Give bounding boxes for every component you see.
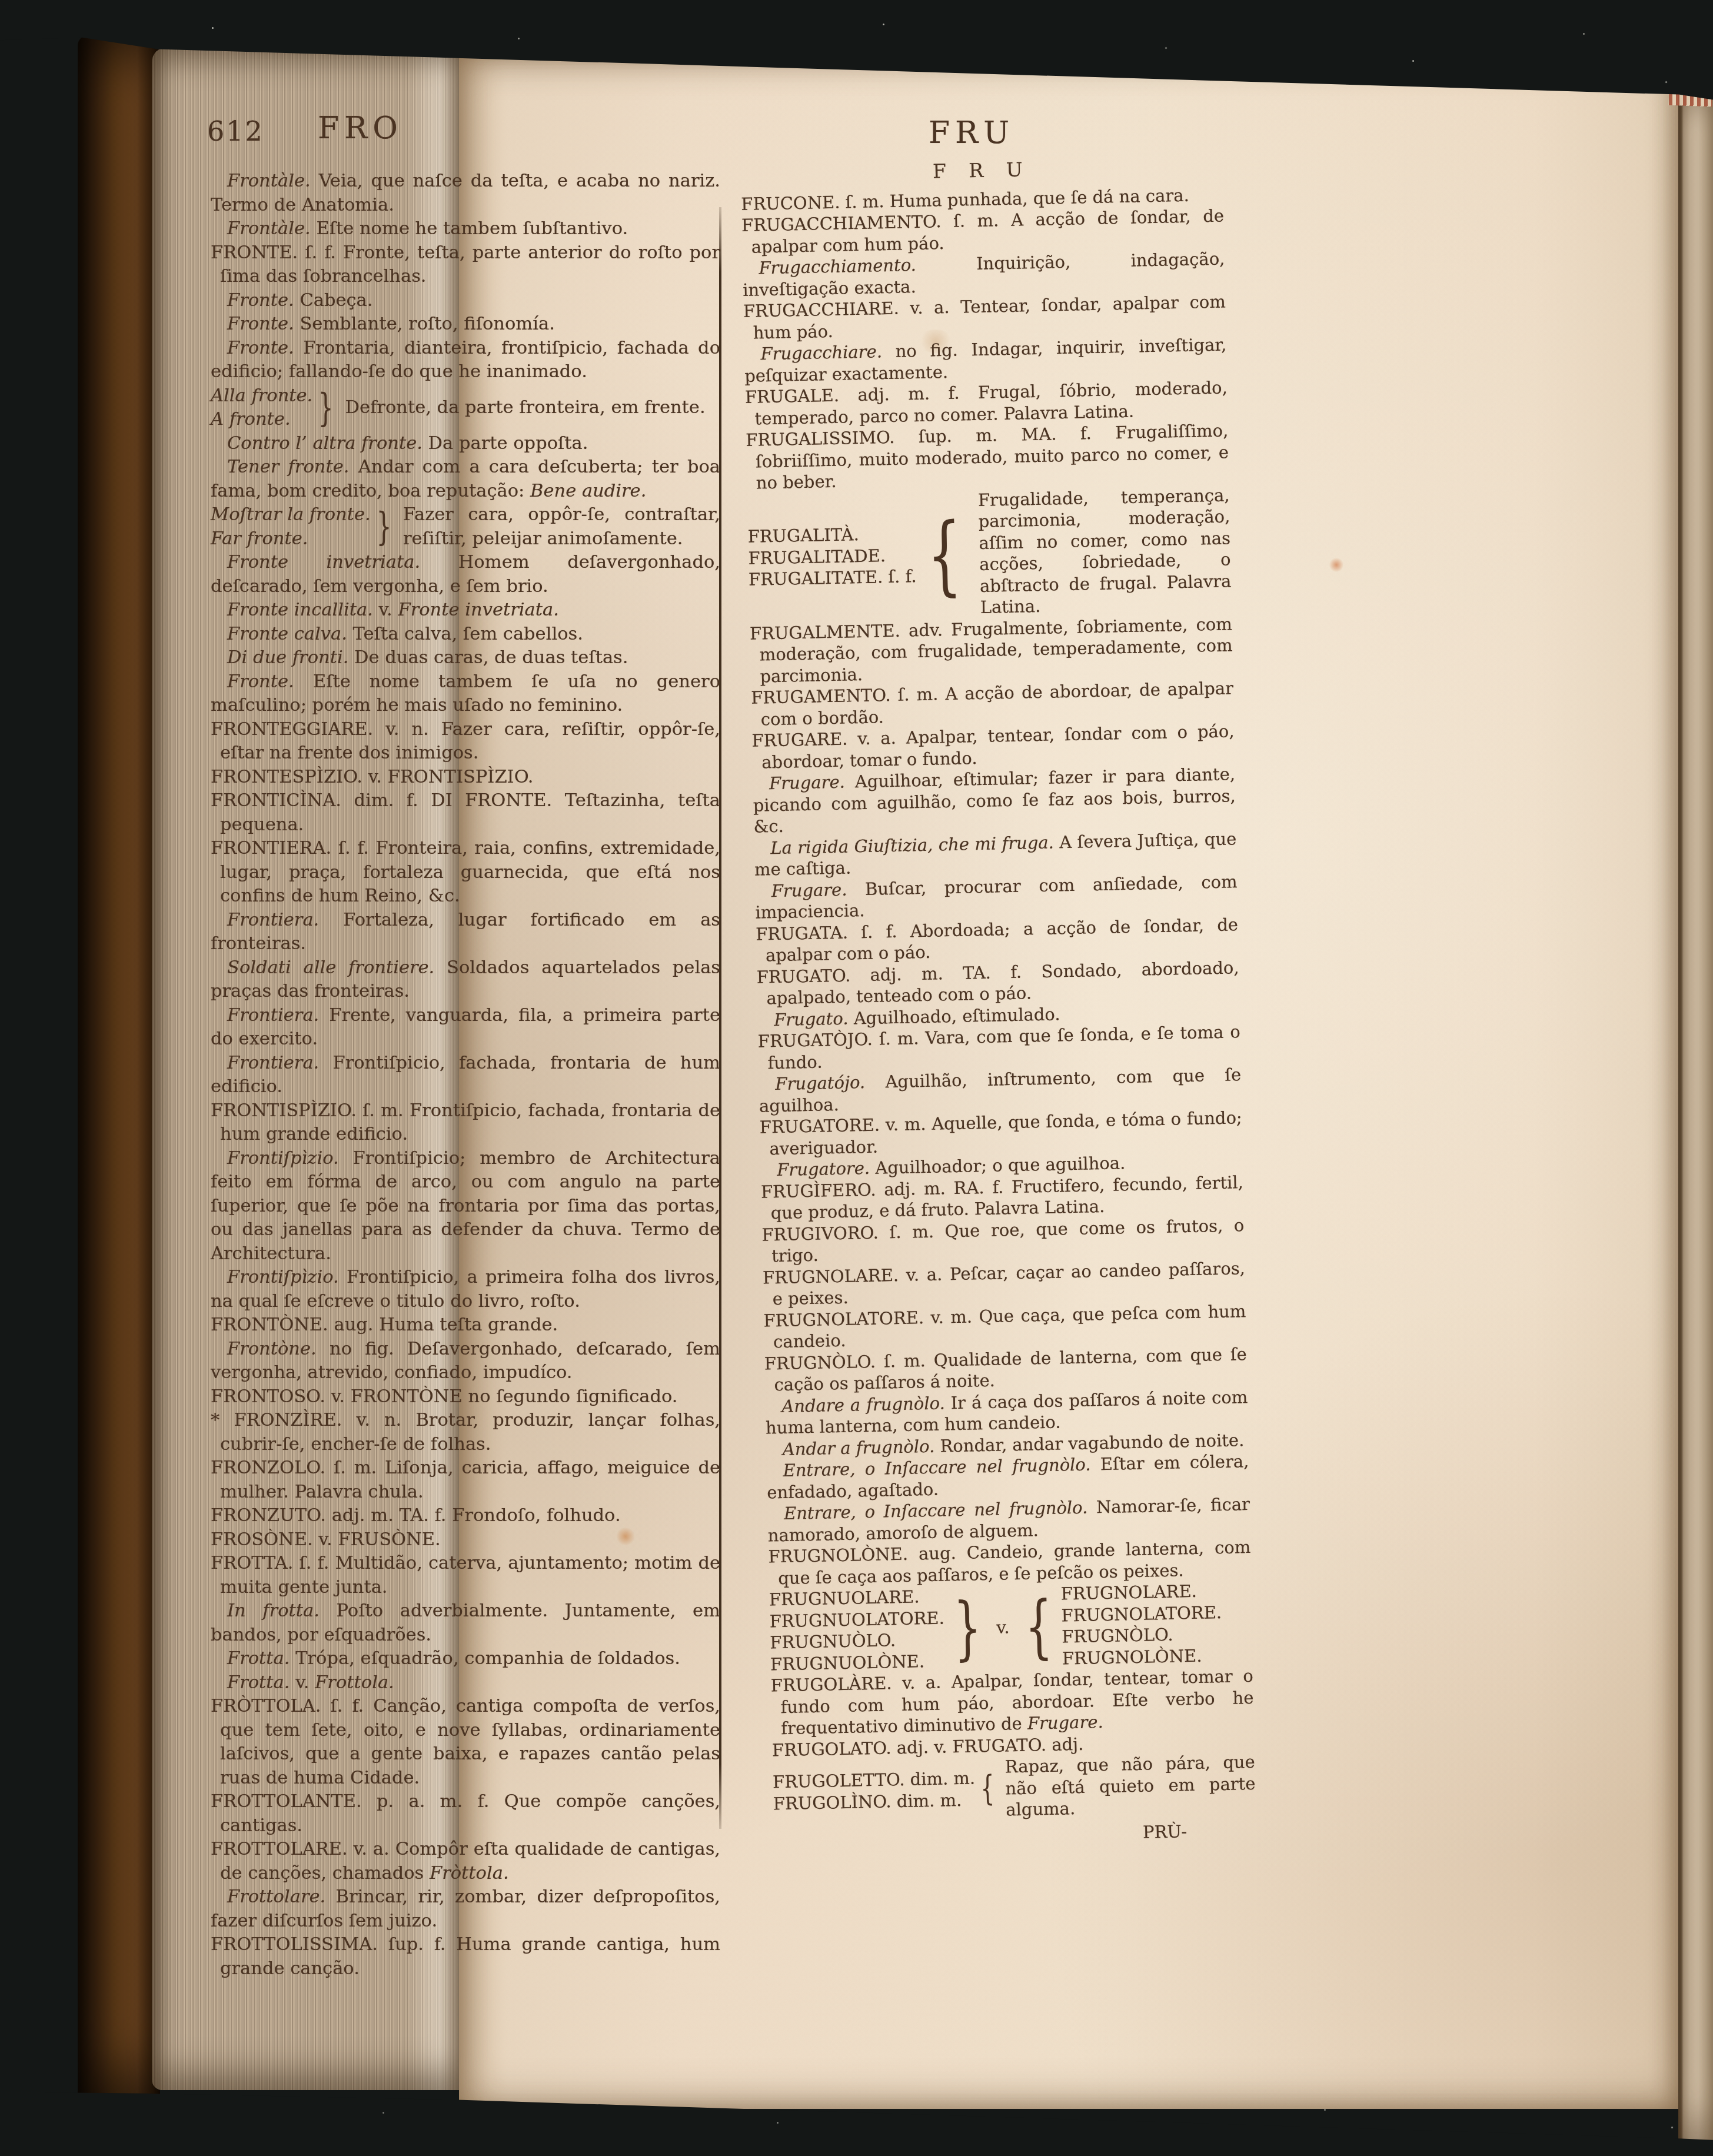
dictionary-subentry: Contro l’ altra fronte. Da parte oppoſta… (211, 432, 720, 456)
dictionary-subentry: Fronte. Frontaria, dianteira, frontiſpic… (211, 337, 720, 384)
italic-phrase: Fròttola. (430, 1863, 509, 1884)
italic-phrase: Frontàle. (227, 218, 311, 239)
dictionary-subentry: Di due fronti. De duas caras, de duas te… (211, 646, 720, 670)
italic-phrase: In frotta. (227, 1601, 320, 1621)
group-term: FRUGNOLATORE. (1061, 1602, 1222, 1626)
group-term: FRUGALITATE. ſ. f. (749, 565, 917, 590)
definition-text: FRUGALMENTE. adv. Frugalmente, ſobriamen… (750, 614, 1233, 686)
dictionary-subentry: Frontòne. no fig. Deſavergonhado, deſcar… (211, 1337, 720, 1385)
italic-phrase: Contro l’ altra fronte. (227, 433, 423, 454)
dictionary-subentry: Frontàle. Veia, que naſce da teſta, e ac… (211, 169, 720, 217)
dictionary-subentry: Frontiera. Frontiſpicio, fachada, fronta… (211, 1052, 720, 1099)
group-term: FRUGNOLÒNE. (1062, 1645, 1223, 1669)
italic-phrase: Frugatore. (777, 1158, 870, 1180)
definition-text: FRONTIERA. ſ. f. Fronteira, raia, confin… (211, 838, 720, 906)
italic-phrase: Frontiera. (227, 910, 319, 930)
dictionary-subentry: Fronte incallita. v. Fronte invetriata. (211, 598, 720, 623)
group-definition: Defronte, da parte fronteira, em frente. (345, 396, 720, 420)
book-scan: 612 FRO FRU Frontàle. Veia, que naſce da… (0, 0, 1713, 2156)
italic-phrase: Fronte incallita. (227, 600, 373, 620)
group-term: Alla fronte. (211, 384, 312, 408)
dictionary-subentry: Fronte. Semblante, roſto, fiſonomía. (211, 312, 720, 337)
definition-text: Trópa, eſquadrão, companhia de ſoldados. (290, 1648, 680, 1669)
definition-text: FROTTA. ſ. f. Multidão, caterva, ajuntam… (211, 1553, 720, 1598)
cross-reference-brace-group: FRUGNUOLARE.FRUGNUOLATORE.FRUGNUÒLO.FRUG… (769, 1579, 1253, 1675)
dictionary-entry: FRONZUTO. adj. m. TA. f. Frondoſo, folhu… (211, 1504, 720, 1528)
brace-group-terms: Moſtrar la fronte.Far fronte. (211, 503, 371, 551)
italic-phrase: Frontiſpìzio. (227, 1267, 339, 1287)
definition-text: Rapaz, que não pára, que não eſtá quieto… (1005, 1752, 1256, 1820)
dictionary-subentry: Frotta. Trópa, eſquadrão, companhia de ſ… (211, 1647, 720, 1671)
dictionary-subentry: Tener fronte. Andar com a cara deſcubert… (211, 455, 720, 503)
brace-glyph: } (318, 384, 334, 432)
italic-phrase: Fronte invetriata. (227, 552, 420, 573)
brace-group-terms: FRUGNOLARE.FRUGNOLATORE.FRUGNÒLO.FRUGNOL… (1060, 1580, 1223, 1669)
dust-specks (212, 27, 214, 29)
dictionary-entry: FRONZOLO. ſ. m. Liſonja, caricia, affago… (211, 1456, 720, 1504)
group-definition: Rapaz, que não pára, que não eſtá quieto… (1005, 1751, 1256, 1821)
definition-text: FRUGOLÀRE. v. a. Apalpar, ſondar, tentea… (771, 1666, 1254, 1738)
dictionary-entry: FRONTISPÌZIO. ſ. m. Frontiſpicio, fachad… (211, 1099, 720, 1147)
dictionary-entry: FRONTESPÌZIO. v. FRONTISPÌZIO. (211, 766, 720, 790)
dictionary-entry: FRONTÒNE. aug. Huma teſta grande. (211, 1313, 720, 1337)
dictionary-entry: FRONTIERA. ſ. f. Fronteira, raia, confin… (211, 837, 720, 909)
brace-group: Alla fronte.A fronte.}Defronte, da parte… (211, 384, 720, 432)
dictionary-entry: * FRONZÌRE. v. n. Brotar, produzir, lanç… (211, 1409, 720, 1456)
italic-phrase: Fronte. (227, 314, 294, 334)
definition-text: FROTTOLANTE. p. a. m. f. Que compõe canç… (211, 1791, 720, 1836)
brace-group: FRUGOLETTO. dim. m.FRUGOLÌNO. dim. m.{Ra… (772, 1751, 1256, 1825)
dictionary-subentry: Fronte. Eſte nome tambem ſe uſa no gener… (211, 670, 720, 718)
definition-text: Defronte, da parte fronteira, em frente. (345, 397, 706, 418)
italic-phrase: Fronte invetriata. (398, 600, 559, 620)
definition-text: FRONTEGGIARE. v. n. Fazer cara, reſiſtir… (211, 719, 720, 764)
dictionary-subentry: Frontàle. Eſte nome he tambem ſubſtantiv… (211, 217, 720, 241)
italic-phrase: Frugare. (771, 879, 847, 901)
group-definition: Frugalidade, temperança, parcimonia, mod… (978, 484, 1232, 618)
italic-phrase: Frotta. (227, 1648, 290, 1669)
definition-text: v. (290, 1672, 315, 1693)
dictionary-entry: FROTTOLANTE. p. a. m. f. Que compõe canç… (211, 1790, 720, 1838)
definition-text: Cabeça. (294, 290, 373, 311)
definition-text: FRONZOLO. ſ. m. Liſonja, caricia, affago… (211, 1458, 720, 1502)
dictionary-subentry: Fronte invetriata. Homem deſavergonhado,… (211, 551, 720, 598)
dictionary-entry: FRONTOSO. v. FRONTÒNE no ſegundo ſignifi… (211, 1385, 720, 1409)
group-term: FRUGALITÀ. (747, 523, 916, 547)
brace-group-terms: FRUGALITÀ.FRUGALITADE.FRUGALITATE. ſ. f. (747, 523, 917, 590)
italic-phrase: Tener fronte. (227, 457, 349, 477)
right-column-entries: FRUCONE. ſ. m. Huma punhada, que ſe dá n… (741, 184, 1256, 1850)
definition-text: FRONTICÌNA. dim. f. DI FRONTE. Teſtazinh… (211, 790, 720, 835)
italic-phrase: Andare a frugnòlo. (781, 1393, 945, 1416)
definition-text: FROSÒNE. v. FRUSÒNE. (211, 1529, 441, 1550)
dictionary-entry: FROSÒNE. v. FRUSÒNE. (211, 1528, 720, 1552)
definition-text: FRONTOSO. v. FRONTÒNE no ſegundo ſignifi… (211, 1386, 678, 1407)
dictionary-subentry: Fronte. Cabeça. (211, 289, 720, 313)
brace-group: Moſtrar la fronte.Far fronte.}Fazer cara… (211, 503, 720, 551)
italic-phrase: Fronte. (227, 290, 294, 311)
dictionary-subentry: Fronte calva. Teſta calva, ſem cabellos. (211, 623, 720, 647)
italic-phrase: Bene audire. (530, 481, 646, 501)
group-term: FRUGNUÒLO. (770, 1629, 945, 1653)
group-term: A fronte. (211, 408, 312, 432)
italic-phrase: Fronte calva. (227, 624, 347, 644)
group-term: FRUGALITADE. (748, 544, 916, 569)
definition-text: FRONTE. ſ. f. Fronte, teſta, parte anter… (211, 242, 720, 287)
group-term: Moſtrar la fronte. (211, 503, 371, 527)
dictionary-subentry: Frottolare. Brincar, rir, zombar, dizer … (211, 1885, 720, 1933)
dictionary-subentry: Soldati alle frontiere. Soldados aquarte… (211, 956, 720, 1004)
page-number: 612 (207, 115, 264, 147)
running-header-left: FRO (318, 111, 403, 146)
definition-text: Da parte oppoſta. (423, 433, 588, 454)
italic-phrase: Frugare. (1027, 1712, 1103, 1734)
dictionary-subentry: Frontiſpìzio. Frontiſpicio, a primeira f… (211, 1266, 720, 1313)
dictionary-entry: FRONTEGGIARE. v. n. Fazer cara, reſiſtir… (211, 718, 720, 766)
brace-group-terms: FRUGNUOLARE.FRUGNUOLATORE.FRUGNUÒLO.FRUG… (769, 1586, 946, 1675)
brace-glyph: } (953, 1585, 982, 1671)
group-term: FRUGNOLARE. (1060, 1580, 1221, 1605)
next-page-fore-edge (1678, 88, 1713, 2142)
definition-text: Aguilhoado, eſtimulado. (848, 1004, 1060, 1028)
italic-phrase: Frugare. (769, 772, 845, 794)
italic-phrase: Frugacchiare. (760, 341, 882, 364)
definition-text: * FRONZÌRE. v. n. Brotar, produzir, lanç… (211, 1410, 720, 1455)
definition-text: FRÒTTOLA. ſ. f. Canção, cantiga compoſta… (211, 1696, 720, 1788)
group-term: FRUGOLÌNO. dim. m. (773, 1789, 976, 1814)
definition-text: FRONTÒNE. aug. Huma teſta grande. (211, 1315, 558, 1335)
group-term: FRUGNUOLARE. (769, 1586, 944, 1611)
book-spine-leather (78, 35, 160, 2107)
dictionary-entry: FRUGALISSIMO. ſup. m. MA. f. Frugaliſſim… (746, 420, 1229, 494)
left-column: Frontàle. Veia, que naſce da teſta, e ac… (211, 169, 720, 1981)
brace-glyph: { (980, 1767, 994, 1810)
definition-text: FRONTISPÌZIO. ſ. m. Frontiſpicio, fachad… (211, 1100, 720, 1145)
dictionary-subentry: Frugare. Aguilhoar, eſtimular; fazer ir … (753, 763, 1236, 837)
group-definition: Fazer cara, oppôr-ſe, contraſtar, reſiſt… (403, 503, 720, 551)
definition-text: Teſta calva, ſem cabellos. (347, 624, 583, 644)
italic-phrase: Frontàle. (227, 171, 311, 191)
italic-phrase: Frottola. (315, 1672, 394, 1693)
brace-glyph: { (927, 500, 963, 608)
definition-text: v. (373, 600, 398, 620)
dictionary-subentry: In frotta. Poſto adverbialmente. Juntame… (211, 1599, 720, 1647)
italic-phrase: Frugacchiamento. (759, 255, 916, 278)
group-term: FRUGNÒLO. (1062, 1623, 1222, 1648)
definition-text: FRONZUTO. adj. m. TA. f. Frondoſo, folhu… (211, 1505, 621, 1526)
italic-phrase: Frontòne. (227, 1339, 317, 1359)
definition-text: FRUGALISSIMO. ſup. m. MA. f. Frugaliſſim… (746, 420, 1229, 493)
brace-glyph: { (1024, 1583, 1053, 1670)
dictionary-subentry: Frontiera. Fortaleza, lugar fortificado … (211, 909, 720, 956)
dictionary-entry: FROTTOLARE. v. a. Compôr eſta qualidade … (211, 1838, 720, 1885)
definition-text: Semblante, roſto, fiſonomía. (294, 314, 555, 334)
group-term: FRUGNUOLATORE. (769, 1607, 944, 1632)
definition-text: Frugalidade, temperança, parcimonia, mod… (978, 485, 1232, 617)
italic-phrase: Fronte. (227, 671, 294, 692)
italic-phrase: La rigida Giuſtizia, che mi fruga. (770, 832, 1054, 858)
dictionary-entry: FROTTA. ſ. f. Multidão, caterva, ajuntam… (211, 1552, 720, 1599)
italic-phrase: Frontiſpìzio. (227, 1148, 339, 1169)
italic-phrase: Soldati alle frontiere. (227, 957, 434, 978)
brace-group-terms: Alla fronte.A fronte. (211, 384, 312, 432)
definition-text: Fazer cara, oppôr-ſe, contraſtar, reſiſt… (403, 504, 720, 549)
italic-phrase: Frugato. (774, 1008, 849, 1030)
brace-group-terms: FRUGOLETTO. dim. m.FRUGOLÌNO. dim. m. (773, 1768, 976, 1815)
group-term: Far fronte. (211, 527, 371, 551)
definition-text: Eſte nome he tambem ſubſtantivo. (311, 218, 628, 239)
italic-phrase: Andar a frugnòlo. (782, 1436, 934, 1459)
italic-phrase: Frugatójo. (775, 1072, 865, 1094)
right-column: F R U FRUCONE. ſ. m. Huma punhada, que ſ… (740, 155, 1256, 1851)
dictionary-entry: FRONTICÌNA. dim. f. DI FRONTE. Teſtazinh… (211, 789, 720, 837)
brace-group: FRUGALITÀ.FRUGALITADE.FRUGALITATE. ſ. f.… (747, 484, 1232, 623)
definition-text: FROTTOLISSIMA. ſup. f. Huma grande canti… (211, 1934, 720, 1979)
dictionary-entry: FRUGOLÀRE. v. a. Apalpar, ſondar, tentea… (771, 1665, 1255, 1739)
dictionary-entry: FROTTOLISSIMA. ſup. f. Huma grande canti… (211, 1933, 720, 1981)
dictionary-entry: FRUGALMENTE. adv. Frugalmente, ſobriamen… (750, 613, 1233, 687)
italic-phrase: Frotta. (227, 1672, 290, 1693)
italic-phrase: Frontiera. (227, 1005, 319, 1026)
dictionary-entry: FRONTE. ſ. f. Fronte, teſta, parte anter… (211, 241, 720, 289)
running-header-right: FRU (929, 115, 1015, 151)
see-abbreviation: v. (996, 1616, 1010, 1638)
definition-text: FRONTESPÌZIO. v. FRONTISPÌZIO. (211, 767, 534, 787)
dictionary-subentry: Frontiera. Frente, vanguarda, fila, a pr… (211, 1004, 720, 1052)
italic-phrase: Frottolare. (227, 1886, 325, 1907)
definition-text: De duas caras, de duas teſtas. (348, 647, 628, 668)
brace-glyph: } (377, 503, 392, 551)
dictionary-subentry: Frontiſpìzio. Frontiſpicio; membro de Ar… (211, 1147, 720, 1266)
dictionary-entry: FRÒTTOLA. ſ. f. Canção, cantiga compoſta… (211, 1695, 720, 1790)
dictionary-subentry: Frotta. v. Frottola. (211, 1671, 720, 1695)
left-column-entries: Frontàle. Veia, que naſce da teſta, e ac… (211, 169, 720, 1981)
italic-phrase: Fronte. (227, 338, 294, 358)
italic-phrase: Di due fronti. (227, 647, 348, 668)
italic-phrase: Frontiera. (227, 1053, 319, 1073)
group-term: FRUGNUOLÒNE. (770, 1650, 946, 1675)
